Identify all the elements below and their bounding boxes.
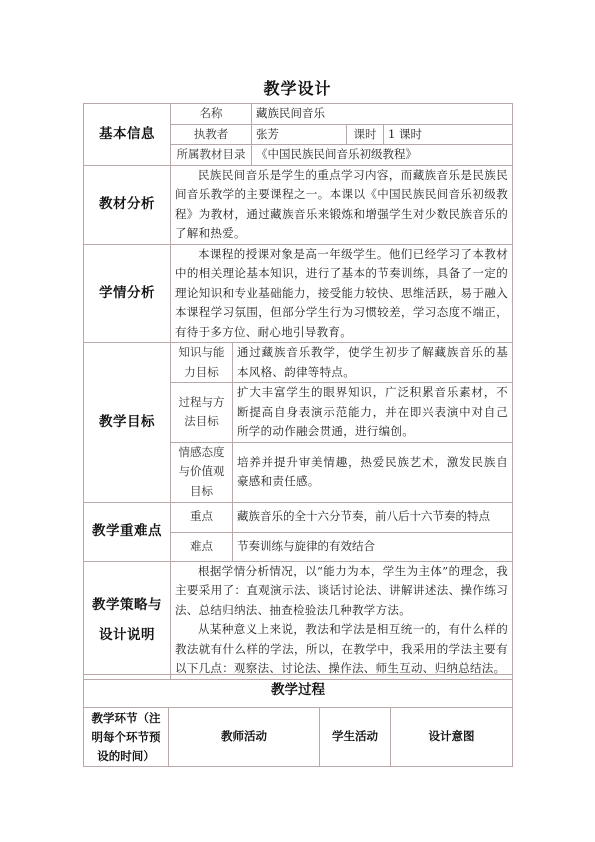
textbook-value: 《中国民族民间音乐初级教程》 [252, 145, 513, 166]
column-student-activity: 学生活动 [320, 708, 391, 767]
difficulty-label: 难点 [171, 532, 233, 561]
key-point-label: 重点 [171, 502, 233, 532]
student-analysis-header: 学情分析 [84, 244, 171, 343]
material-analysis-header: 教材分析 [84, 165, 171, 244]
teacher-value: 张芳 [252, 124, 347, 145]
basic-info-header: 基本信息 [84, 104, 171, 166]
teaching-process-header: 教学过程 [84, 675, 513, 708]
period-value: 1 课时 [384, 124, 513, 145]
column-design-intent: 设计意图 [391, 708, 513, 767]
teaching-process-table: 教学过程 教学环节（注明每个环节预设的时间） 教师活动 学生活动 设计意图 [83, 674, 513, 767]
key-point-text: 藏族音乐的全十六分节奏，前八后十六节奏的特点 [233, 502, 513, 532]
column-teacher-activity: 教师活动 [169, 708, 320, 767]
document-title: 教学设计 [0, 76, 595, 99]
textbook-label: 所属教材目录 [171, 145, 252, 166]
key-points-header: 教学重难点 [84, 502, 171, 561]
objective-text: 培养并提升审美情趣，热爱民族艺术，激发民族自豪感和责任感。 [233, 442, 513, 502]
teacher-label: 执教者 [171, 124, 252, 145]
objective-text: 扩大丰富学生的眼界知识，广泛积累音乐素材，不断提高自身表演示范能力，并在即兴表演… [233, 383, 513, 443]
objective-text: 通过藏族音乐教学，使学生初步了解藏族音乐的基本风格、韵律等特点。 [233, 343, 513, 383]
column-stage: 教学环节（注明每个环节预设的时间） [84, 708, 169, 767]
objective-label: 过程与方法目标 [171, 383, 233, 443]
student-analysis-text: 本课程的授课对象是高一年级学生。他们已经学习了本教材中的相关理论基本知识，进行了… [171, 244, 513, 343]
name-label: 名称 [171, 104, 252, 125]
strategy-paragraph: 根据学情分析情况，以“能力为本，学生为主体”的理念，我主要采用了：直观演示法、谈… [175, 562, 508, 621]
strategy-header: 教学策略与设计说明 [84, 561, 171, 679]
strategy-paragraph: 从某种意义上来说，教法和学法是相互统一的，有什么样的教法就有什么样的学法，所以，… [175, 620, 508, 679]
lesson-plan-table: 基本信息 名称 藏族民间音乐 执教者 张芳 课时 1 课时 所属教材目录 《中国… [83, 103, 513, 680]
objectives-header: 教学目标 [84, 343, 171, 503]
objective-label: 情感态度与价值观目标 [171, 442, 233, 502]
name-value: 藏族民间音乐 [252, 104, 513, 125]
material-analysis-text: 民族民间音乐是学生的重点学习内容，而藏族音乐是民族民间音乐教学的主要课程之一。本… [171, 165, 513, 244]
objective-label: 知识与能力目标 [171, 343, 233, 383]
period-label: 课时 [347, 124, 384, 145]
difficulty-text: 节奏训练与旋律的有效结合 [233, 532, 513, 561]
